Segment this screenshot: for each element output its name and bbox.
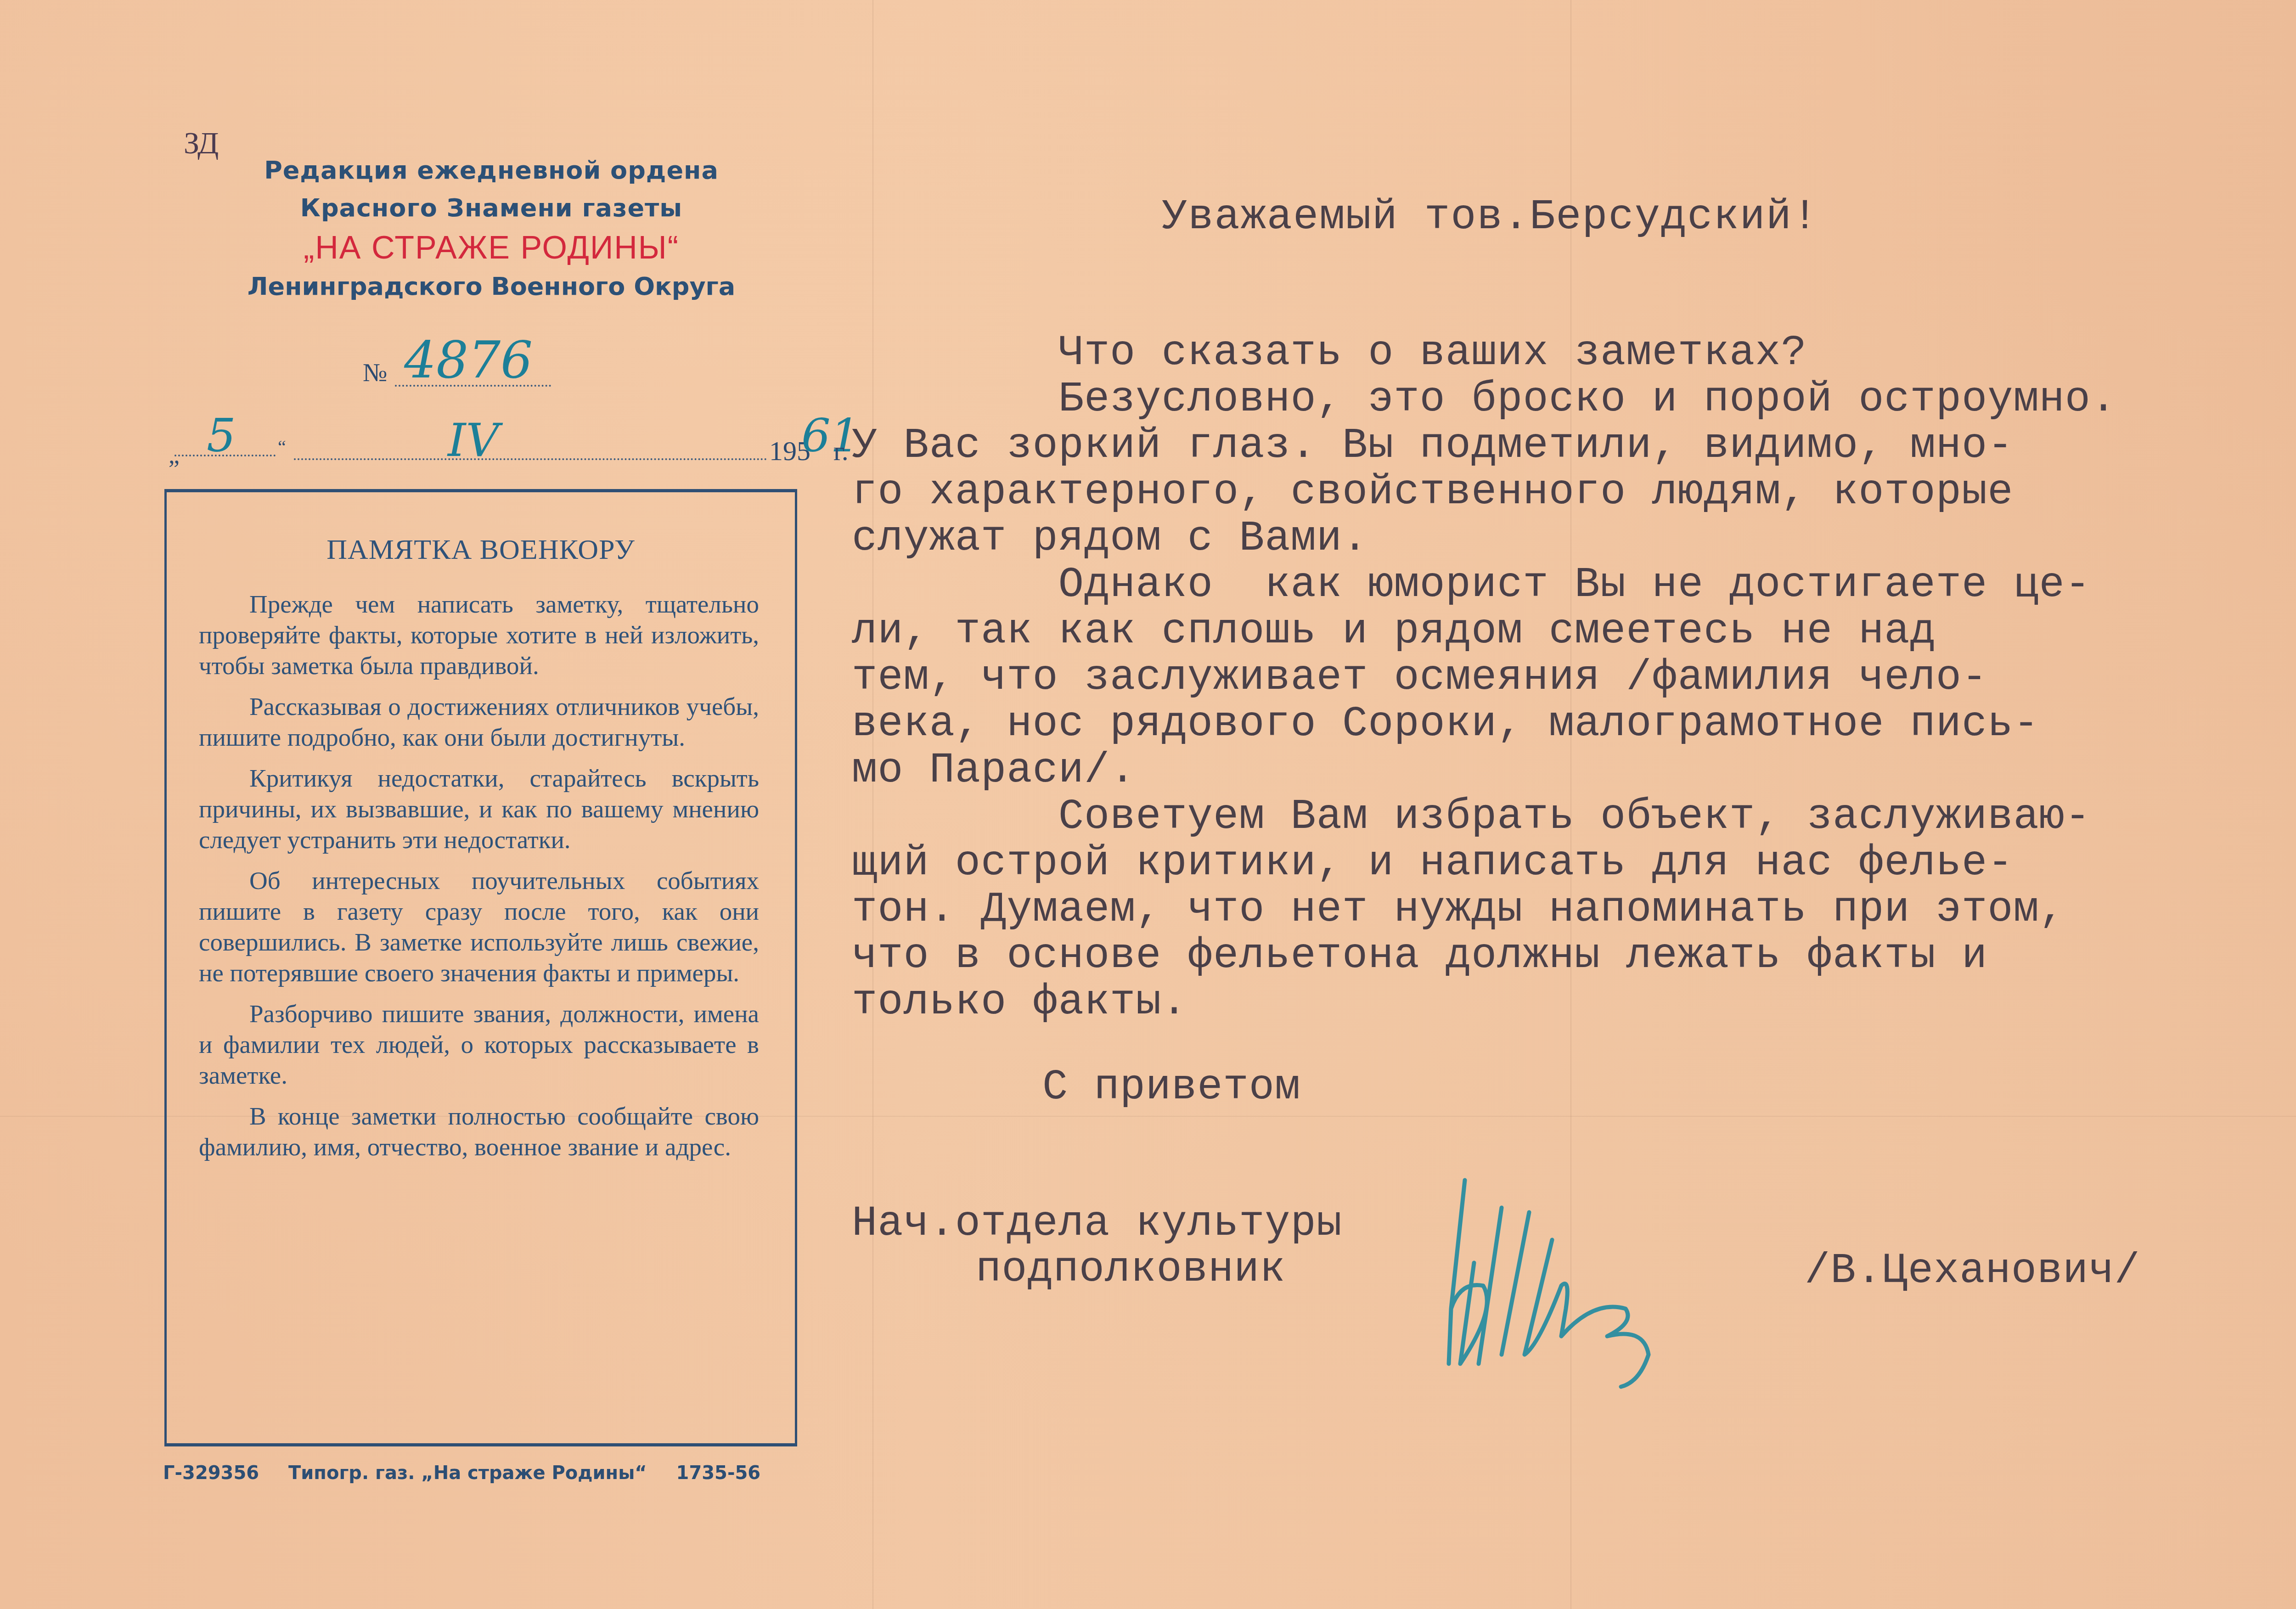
body-line: У Вас зоркий глаз. Вы подметили, видимо,… bbox=[852, 422, 2296, 469]
letterhead: Редакция ежедневной ордена Красного Знам… bbox=[174, 152, 808, 305]
letter-body: Что сказать о ваших заметках? Безусловно… bbox=[852, 330, 2296, 1025]
printer-press: Типогр. газ. „На страже Родины“ bbox=[288, 1463, 647, 1484]
memo-box: ПАМЯТКА ВОЕНКОРУ Прежде чем написать зам… bbox=[164, 489, 797, 1446]
number-value-handwritten: 4876 bbox=[404, 331, 533, 389]
body-line: го характерного, свойственного людям, ко… bbox=[852, 469, 2296, 515]
body-line: века, нос рядового Сороки, малограмотное… bbox=[852, 701, 2296, 747]
registration-number: № 4876 bbox=[363, 331, 583, 390]
closing: С приветом bbox=[1042, 1063, 1300, 1111]
signatory-position: Нач.отдела культуры bbox=[852, 1199, 1342, 1248]
body-line: ли, так как сплошь и рядом смеетесь не н… bbox=[852, 608, 2296, 654]
memo-paragraph: Критикуя недостатки, старайтесь вскрыть … bbox=[199, 763, 759, 855]
body-line: Советуем Вам избрать объект, заслуживаю- bbox=[852, 793, 2296, 840]
body-line: что в основе фельетона должны лежать фак… bbox=[852, 933, 2296, 979]
printer-code: Г-329356 bbox=[163, 1463, 259, 1484]
month-underline bbox=[294, 458, 767, 460]
date-day-handwritten: 5 bbox=[207, 409, 236, 462]
signatory-title: Нач.отдела культуры подполковник bbox=[852, 1201, 1342, 1293]
signatory-rank: подполковник bbox=[852, 1247, 1342, 1293]
salutation: Уважаемый тов.Берсудский! bbox=[1162, 193, 1818, 241]
letterhead-line-2: Красного Знамени газеты bbox=[174, 189, 808, 227]
date-field: „ 5 “ IV 195 61 г. bbox=[163, 409, 806, 464]
memo-paragraph: Разборчиво пишите звания, должности, име… bbox=[199, 998, 759, 1091]
memo-title: ПАМЯТКА ВОЕНКОРУ bbox=[167, 534, 795, 566]
body-line: мо Параси/. bbox=[852, 747, 2296, 793]
body-line: Однако как юморист Вы не достигаете це- bbox=[852, 562, 2296, 608]
body-line: тон. Думаем, что нет нужды напоминать пр… bbox=[852, 886, 2296, 933]
printer-imprint: Г-329356 Типогр. газ. „На страже Родины“… bbox=[163, 1463, 829, 1484]
letterhead-line-4: Ленинградского Военного Округа bbox=[174, 268, 808, 305]
date-month-handwritten: IV bbox=[448, 413, 499, 467]
handwritten-signature-icon bbox=[1433, 1171, 1837, 1391]
paper-sheet: ЗД Редакция ежедневной ордена Красного З… bbox=[0, 0, 2296, 1609]
date-quote-close: “ bbox=[278, 436, 286, 458]
signatory-name: /В.Цеханович/ bbox=[1805, 1247, 2140, 1295]
body-line: только факты. bbox=[852, 979, 2296, 1025]
memo-paragraph: Об интересных поучительных событиях пиши… bbox=[199, 865, 759, 988]
memo-paragraph: Прежде чем написать заметку, тщательно п… bbox=[199, 589, 759, 681]
number-label: № bbox=[363, 358, 387, 388]
printer-order: 1735-56 bbox=[676, 1463, 761, 1484]
body-line: Безусловно, это броско и порой остроумно… bbox=[852, 376, 2296, 422]
body-line: Что сказать о ваших заметках? bbox=[852, 330, 2296, 376]
memo-paragraph: В конце заметки полностью сообщайте свою… bbox=[199, 1101, 759, 1162]
memo-paragraphs: Прежде чем написать заметку, тщательно п… bbox=[199, 589, 759, 1172]
body-line: щий острой критики, и написать для нас ф… bbox=[852, 840, 2296, 886]
date-year-handwritten: 61 bbox=[801, 409, 860, 462]
body-line: тем, что заслуживает осмеяния /фамилия ч… bbox=[852, 654, 2296, 701]
memo-paragraph: Рассказывая о достижениях отличников уче… bbox=[199, 691, 759, 753]
newspaper-title: „НА СТРАЖЕ РОДИНЫ“ bbox=[174, 227, 808, 268]
body-line: служат рядом с Вами. bbox=[852, 515, 2296, 562]
letterhead-line-1: Редакция ежедневной ордена bbox=[174, 152, 808, 189]
date-year-suffix: г. bbox=[833, 435, 849, 467]
